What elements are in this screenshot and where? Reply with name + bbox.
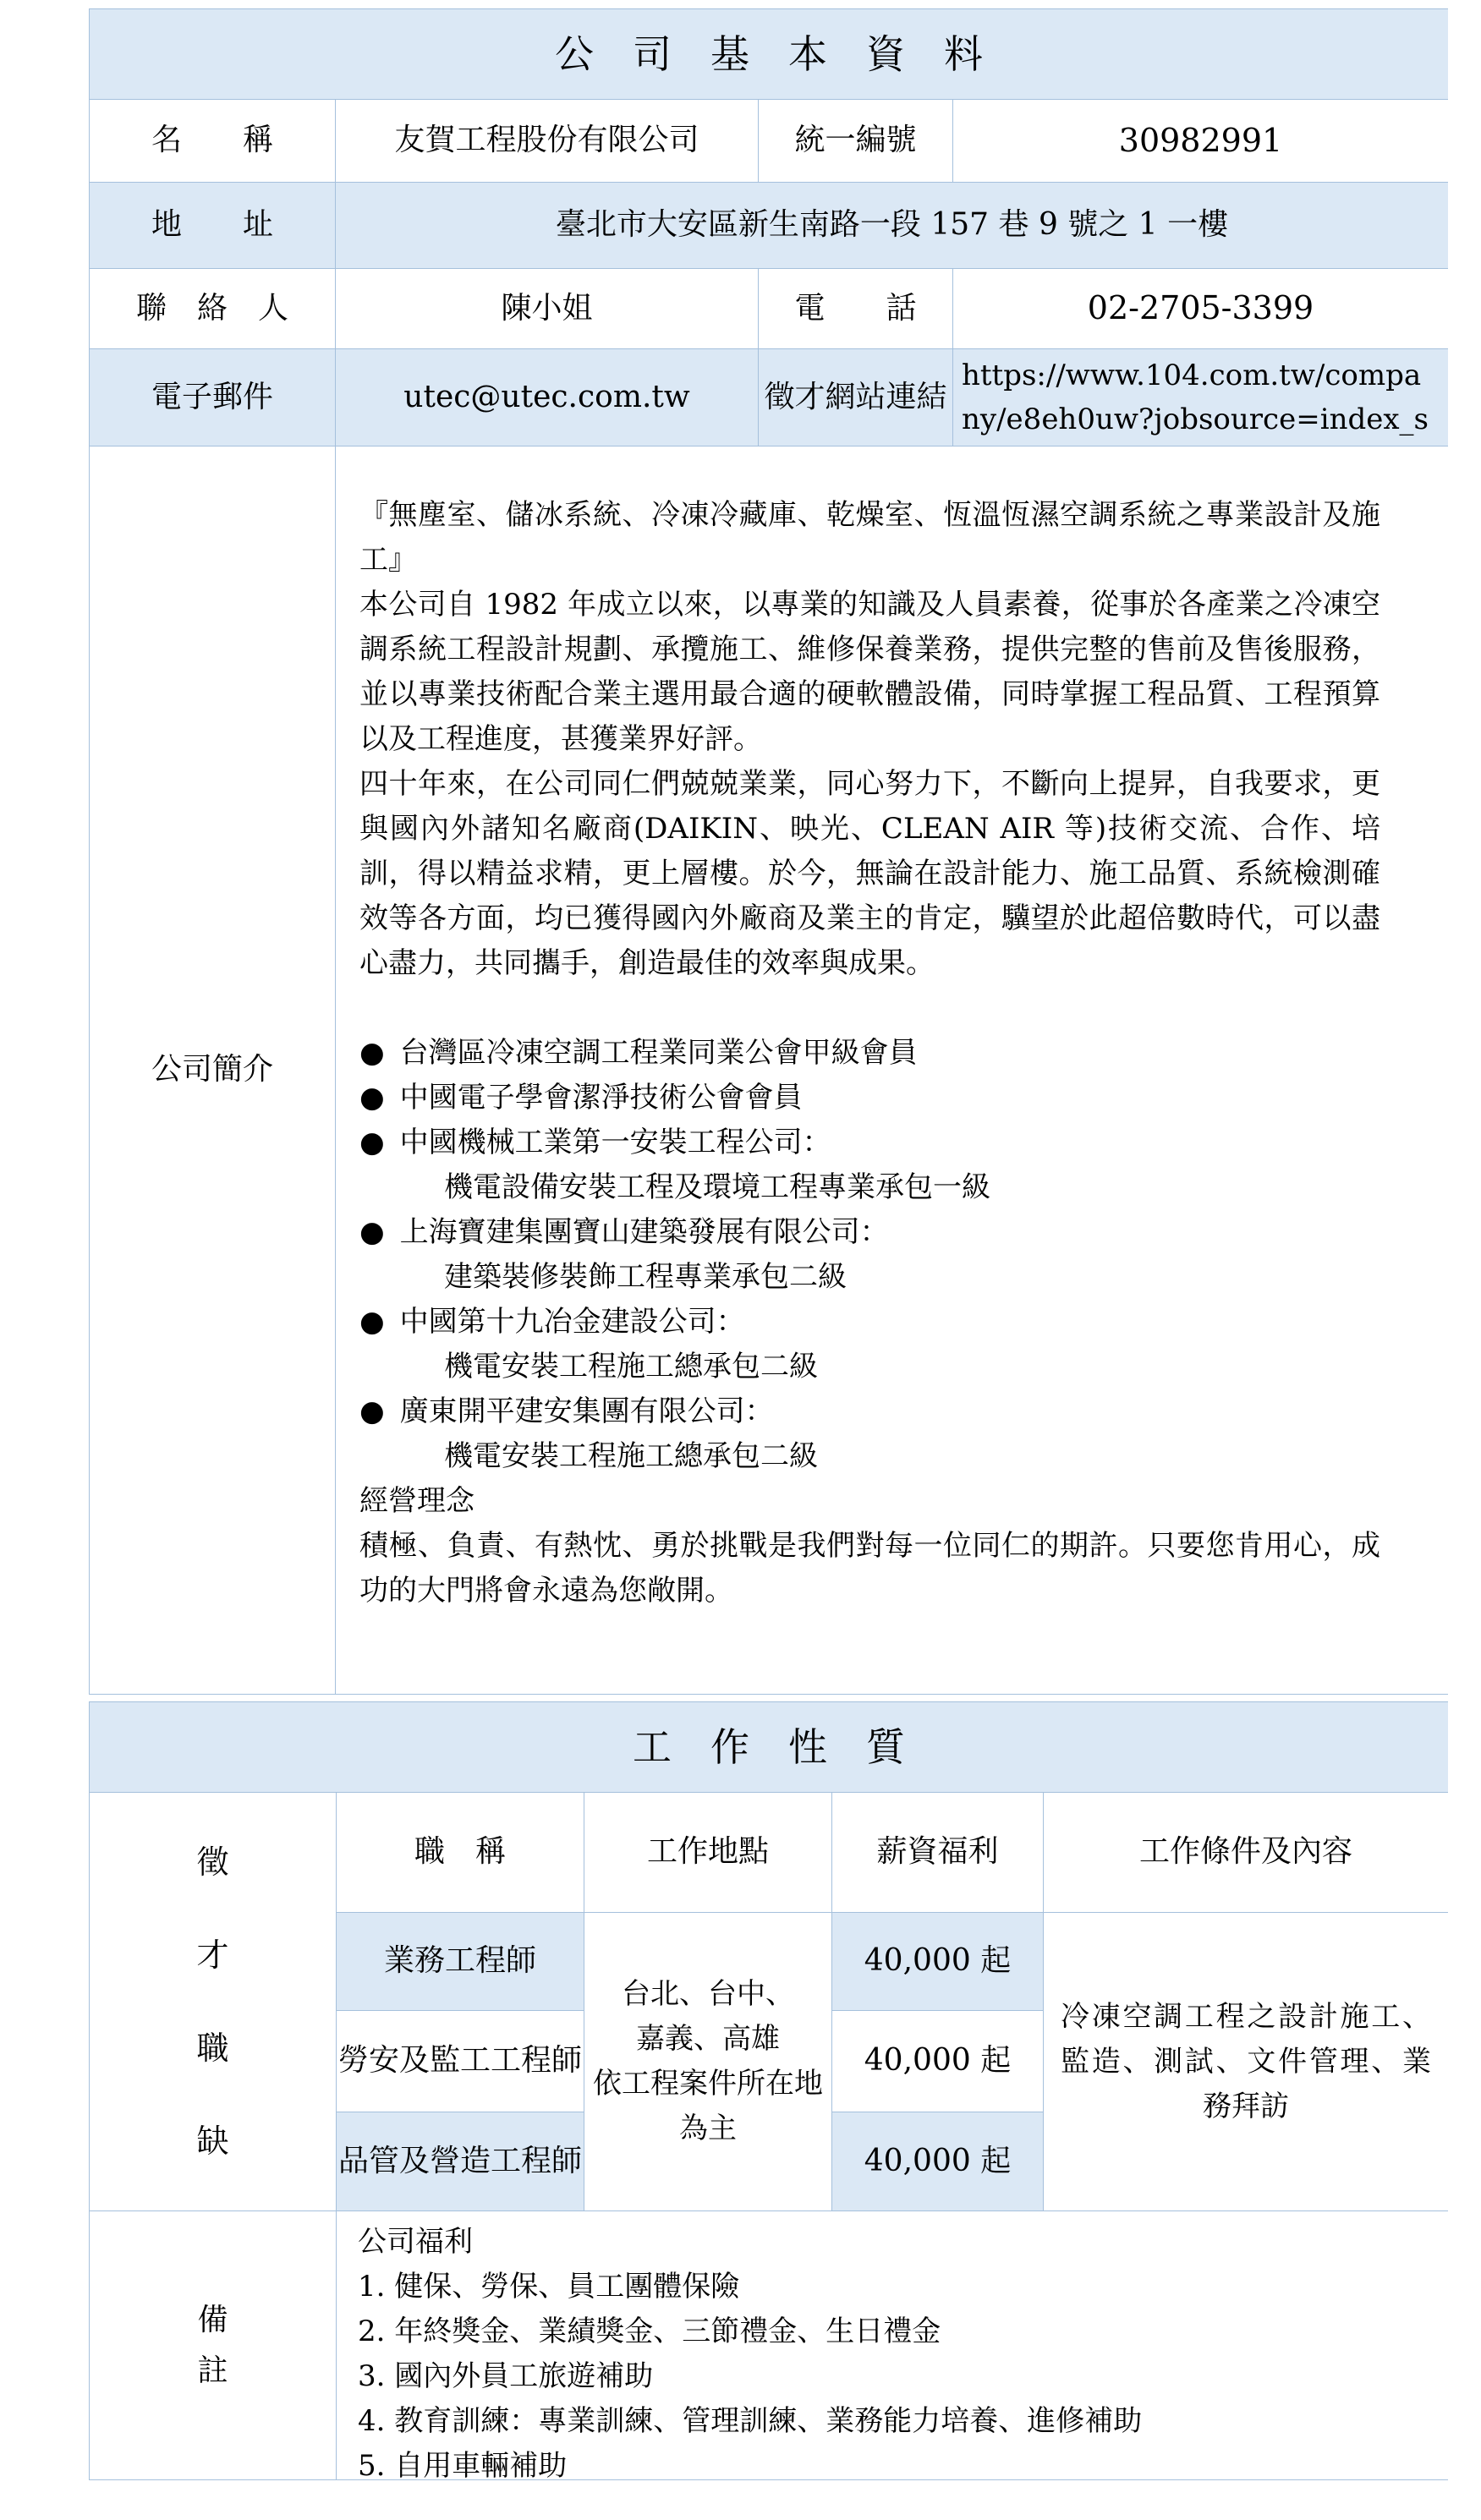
notes-content: 公司福利 1. 健保、勞保、員工團體保險 2. 年終獎金、業績獎金、三節禮金、生… (337, 2211, 1448, 2479)
notes-item: 1. 健保、勞保、員工團體保險 (358, 2265, 1414, 2309)
notes-item: 2. 年終獎金、業績獎金、三節禮金、生日禮金 (358, 2309, 1414, 2354)
intro-paragraph-2: 本公司自 1982 年成立以來，以專業的知識及人員素養，從事於各產業之冷凍空調系… (359, 583, 1380, 762)
uid-value: 30982991 (953, 100, 1448, 182)
contact-label: 聯 絡 人 (90, 269, 335, 348)
name-value: 友賀工程股份有限公司 (336, 100, 758, 182)
jobsite-label: 徵才網站連結 (759, 349, 952, 446)
column-header-title: 職 稱 (337, 1793, 584, 1912)
intro-label: 公司簡介 (90, 446, 335, 1694)
bullet-icon: ● (359, 1394, 385, 1428)
column-header-location: 工作地點 (584, 1793, 831, 1912)
position-title-3: 品管及營造工程師 (337, 2112, 584, 2210)
list-item-sub: 建築裝修裝飾工程專業承包二級 (359, 1255, 1380, 1300)
position-title-1: 業務工程師 (337, 1913, 584, 2010)
location-line: 依工程案件所在地 (593, 2062, 823, 2106)
notes-item: 3. 國內外員工旅遊補助 (358, 2354, 1414, 2399)
job-nature-table: 工 作 性 質 徵 才 職 缺 職 稱 工作地點 薪資福利 工作條件及內容 業務… (89, 1701, 1448, 2480)
bullet-icon: ● (359, 1126, 385, 1159)
jobsite-url: https://www.104.com.tw/company/e8eh0uw?j… (953, 349, 1448, 446)
column-header-conditions: 工作條件及內容 (1044, 1793, 1448, 1912)
recruit-openings-label: 徵 才 職 缺 (90, 1793, 336, 2210)
bullet-icon: ● (359, 1305, 385, 1339)
philosophy-title: 經營理念 (359, 1479, 1380, 1524)
intro-content: 『無塵室、儲冰系統、冷凍冷藏庫、乾燥室、恆溫恆濕空調系統之專業設計及施工』 本公… (336, 446, 1448, 1694)
location-line: 嘉義、高雄 (636, 2017, 780, 2062)
list-item: ●中國第十九冶金建設公司： (359, 1300, 1380, 1345)
list-item-sub: 機電設備安裝工程及環境工程專業承包一級 (359, 1165, 1380, 1210)
philosophy-text: 積極、負責、有熱忱、勇於挑戰是我們對每一位同仁的期許。只要您肯用心，成功的大門將… (359, 1524, 1380, 1613)
bullet-icon: ● (359, 1215, 385, 1249)
position-salary-2: 40,000 起 (832, 2011, 1043, 2112)
uid-label: 統一編號 (759, 100, 952, 182)
notes-item: 5. 自用車輛補助 (358, 2444, 1414, 2489)
recruit-label-char: 職 (196, 2002, 228, 2095)
recruit-label-char: 徵 (196, 1816, 228, 1909)
list-item: ●上海寶建集團寶山建築發展有限公司： (359, 1210, 1380, 1255)
notes-label-char: 註 (197, 2346, 228, 2397)
list-item-sub: 機電安裝工程施工總承包二級 (359, 1345, 1380, 1389)
work-location: 台北、台中、 嘉義、高雄 依工程案件所在地 為主 (584, 1913, 831, 2210)
list-item: ●廣東開平建安集團有限公司： (359, 1389, 1380, 1434)
recruit-label-char: 才 (196, 1909, 228, 2002)
list-item: ●台灣區冷凍空調工程業同業公會甲級會員 (359, 1031, 1380, 1076)
name-label: 名 稱 (90, 100, 335, 182)
list-item-text: 中國電子學會潔淨技術公會會員 (400, 1081, 803, 1115)
column-header-salary: 薪資福利 (832, 1793, 1043, 1912)
bullet-icon: ● (359, 1036, 385, 1070)
intro-paragraph-3: 四十年來，在公司同仁們兢兢業業，同心努力下，不斷向上提昇，自我要求，更與國內外諸… (359, 762, 1380, 986)
phone-label: 電 話 (759, 269, 952, 348)
list-item-sub: 機電安裝工程施工總承包二級 (359, 1434, 1380, 1479)
notes-label: 備 註 (90, 2211, 336, 2479)
work-conditions: 冷凍空調工程之設計施工、監造、測試、文件管理、業務拜訪 (1044, 1913, 1448, 2210)
email-label: 電子郵件 (90, 349, 335, 446)
company-basic-info-table: 公 司 基 本 資 料 名 稱 友賀工程股份有限公司 統一編號 30982991… (89, 8, 1448, 1695)
address-label: 地 址 (90, 183, 335, 268)
list-item-text: 中國機械工業第一安裝工程公司： (400, 1126, 831, 1159)
intro-paragraph-1: 『無塵室、儲冰系統、冷凍冷藏庫、乾燥室、恆溫恆濕空調系統之專業設計及施工』 (359, 493, 1380, 583)
phone-value: 02-2705-3399 (953, 269, 1448, 348)
address-value: 臺北市大安區新生南路一段 157 巷 9 號之 1 一樓 (336, 183, 1448, 268)
basic-info-title: 公 司 基 本 資 料 (90, 9, 1448, 99)
location-line: 為主 (679, 2106, 737, 2151)
list-item-text: 廣東開平建安集團有限公司： (400, 1394, 774, 1428)
job-section-title: 工 作 性 質 (90, 1702, 1448, 1792)
membership-list: ●台灣區冷凍空調工程業同業公會甲級會員 ●中國電子學會潔淨技術公會會員 ●中國機… (359, 1031, 1380, 1479)
list-item: ●中國電子學會潔淨技術公會會員 (359, 1076, 1380, 1120)
list-item: ●中國機械工業第一安裝工程公司： (359, 1120, 1380, 1165)
notes-title: 公司福利 (358, 2220, 1414, 2265)
location-line: 台北、台中、 (622, 1972, 794, 2017)
position-salary-1: 40,000 起 (832, 1913, 1043, 2010)
recruit-label-char: 缺 (196, 2095, 228, 2188)
list-item-text: 上海寶建集團寶山建築發展有限公司： (400, 1215, 889, 1249)
position-salary-3: 40,000 起 (832, 2112, 1043, 2210)
position-title-2: 勞安及監工工程師 (337, 2011, 584, 2112)
notes-label-char: 備 (197, 2295, 228, 2346)
contact-value: 陳小姐 (336, 269, 758, 348)
email-value: utec@utec.com.tw (336, 349, 758, 446)
list-item-text: 中國第十九冶金建設公司： (400, 1305, 745, 1339)
work-conditions-text: 冷凍空調工程之設計施工、監造、測試、文件管理、業務拜訪 (1061, 1995, 1431, 2129)
notes-item: 4. 教育訓練：專業訓練、管理訓練、業務能力培養、進修補助 (358, 2399, 1414, 2444)
list-item-text: 台灣區冷凍空調工程業同業公會甲級會員 (400, 1036, 918, 1070)
bullet-icon: ● (359, 1081, 385, 1115)
